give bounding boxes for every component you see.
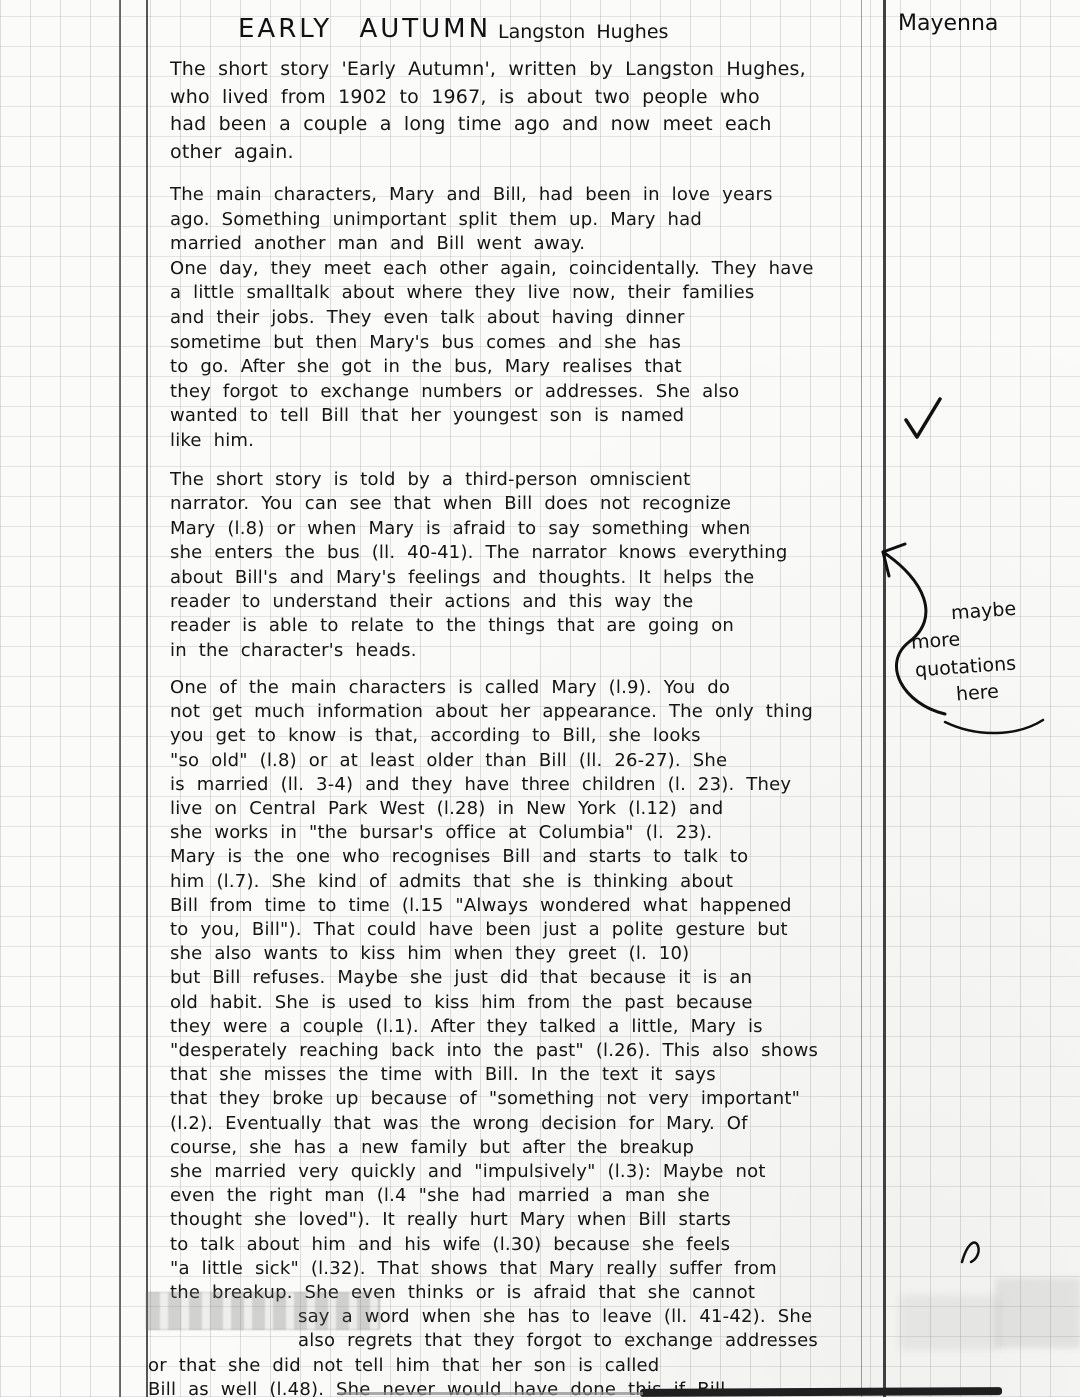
paragraph-introduction: The short story 'Early Autumn', written … — [170, 56, 895, 166]
text-line: is married (ll. 3-4) and they have three… — [170, 773, 895, 797]
cutoff-next-line-artifact — [640, 1387, 1002, 1397]
scanned-essay-page: EARLY AUTUMN Langston Hughes Mayenna The… — [0, 0, 1080, 1397]
left-margin-line-outer — [119, 0, 121, 1397]
text-line: she married very quickly and "impulsivel… — [170, 1160, 895, 1184]
text-line: him (l.7). She kind of admits that she i… — [170, 870, 895, 894]
text-line: course, she has a new family but after t… — [170, 1136, 895, 1160]
text-line: live on Central Park West (l.28) in New … — [170, 797, 895, 821]
text-line: not get much information about her appea… — [170, 700, 895, 724]
text-line: other again. — [170, 139, 895, 167]
text-line: (l.2). Eventually that was the wrong dec… — [170, 1112, 895, 1136]
text-line: The short story is told by a third-perso… — [170, 468, 895, 492]
margin-note-word: maybe — [950, 598, 1017, 624]
text-line: sometime but then Mary's bus comes and s… — [170, 331, 895, 356]
text-line: that she misses the time with Bill. In t… — [170, 1063, 895, 1087]
text-line: about Bill's and Mary's feelings and tho… — [170, 566, 895, 590]
text-line: wanted to tell Bill that her youngest so… — [170, 404, 895, 429]
text-line: a little smalltalk about where they live… — [170, 281, 895, 306]
text-line: they forgot to exchange numbers or addre… — [170, 380, 895, 405]
pen-squiggle-annotation — [958, 1234, 988, 1268]
text-line: reader to understand their actions and t… — [170, 590, 895, 614]
text-line: or that she did not tell him that her so… — [148, 1354, 895, 1378]
text-line: Bill from time to time (l.15 "Always won… — [170, 894, 895, 918]
text-line: The main characters, Mary and Bill, had … — [170, 183, 895, 208]
essay-title: EARLY AUTUMN — [238, 14, 491, 44]
left-margin-line-inner — [146, 0, 148, 1397]
text-line: ago. Something unimportant split them up… — [170, 208, 895, 233]
paragraph-plot-summary: The main characters, Mary and Bill, had … — [170, 183, 895, 454]
paragraph-narrator: The short story is told by a third-perso… — [170, 468, 895, 663]
text-line: say a word when she has to leave (ll. 41… — [298, 1305, 895, 1329]
text-line: married another man and Bill went away. — [170, 232, 895, 257]
text-line: even the right man (l.4 "she had married… — [170, 1184, 895, 1208]
scan-noise-patch — [995, 1278, 1080, 1348]
text-line: to talk about him and his wife (l.30) be… — [170, 1233, 895, 1257]
text-line: The short story 'Early Autumn', written … — [170, 56, 895, 84]
text-line: "so old" (l.8) or at least older than Bi… — [170, 749, 895, 773]
scan-line-artifact — [338, 1392, 643, 1395]
text-line: old habit. She is used to kiss him from … — [170, 991, 895, 1015]
text-line: One day, they meet each other again, coi… — [170, 257, 895, 282]
text-line: she works in "the bursar's office at Col… — [170, 821, 895, 845]
text-line: she enters the bus (ll. 40-41). The narr… — [170, 541, 895, 565]
margin-note-word: more — [910, 628, 961, 653]
text-line: "desperately reaching back into the past… — [170, 1039, 895, 1063]
text-line: they were a couple (l.1). After they tal… — [170, 1015, 895, 1039]
checkmark-annotation — [900, 394, 946, 444]
text-line: Mary (l.8) or when Mary is afraid to say… — [170, 517, 895, 541]
text-line: who lived from 1902 to 1967, is about tw… — [170, 84, 895, 112]
text-line: and their jobs. They even talk about hav… — [170, 306, 895, 331]
text-line: One of the main characters is called Mar… — [170, 676, 895, 700]
text-line: to you, Bill"). That could have been jus… — [170, 918, 895, 942]
text-line: like him. — [170, 429, 895, 454]
text-line: that they broke up because of "something… — [170, 1087, 895, 1111]
student-name: Mayenna — [898, 11, 998, 36]
text-line: also regrets that they forgot to exchang… — [298, 1329, 895, 1353]
text-line: Mary is the one who recognises Bill and … — [170, 845, 895, 869]
text-line: had been a couple a long time ago and no… — [170, 111, 895, 139]
paragraph-character-analysis: One of the main characters is called Mar… — [170, 676, 895, 1397]
margin-note-word: here — [955, 681, 999, 706]
text-line: narrator. You can see that when Bill doe… — [170, 492, 895, 516]
text-line: in the character's heads. — [170, 639, 895, 663]
essay-author: Langston Hughes — [498, 21, 668, 43]
text-line: to go. After she got in the bus, Mary re… — [170, 355, 895, 380]
scan-noise-patch — [900, 1295, 1000, 1350]
text-line: reader is able to relate to the things t… — [170, 614, 895, 638]
text-line: "a little sick" (l.32). That shows that … — [170, 1257, 895, 1281]
faded-stamp — [146, 1292, 380, 1330]
text-line: but Bill refuses. Maybe she just did tha… — [170, 966, 895, 990]
text-line: you get to know is that, according to Bi… — [170, 724, 895, 748]
text-line: she also wants to kiss him when they gre… — [170, 942, 895, 966]
text-line: thought she loved"). It really hurt Mary… — [170, 1208, 895, 1232]
